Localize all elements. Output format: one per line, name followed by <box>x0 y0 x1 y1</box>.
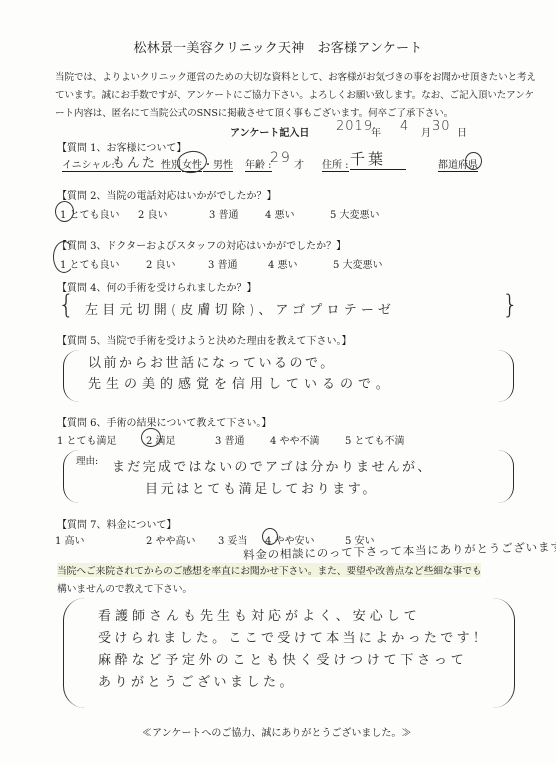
q5-heading: 【質問 5、当院で手術を受けようと決めた理由を教えて下さい。】 <box>57 332 352 347</box>
q4-heading: 【質問 4、何の手術を受けられましたか？】 <box>57 279 257 294</box>
q4-answer: 左目元切開(皮膚切除)、アゴプロテーゼ <box>85 299 395 318</box>
q6-reason-label: 理由: <box>76 453 98 467</box>
address-value: 千葉 <box>350 148 406 170</box>
q6-option-1: 1 とても満足 <box>57 432 117 447</box>
date-month: 4 <box>400 119 409 134</box>
q6-option-4: 4 やや不満 <box>270 432 320 447</box>
q3-heading: 【質問 3、ドクターおよびスタッフの対応はいかがでしたか？】 <box>57 237 346 252</box>
comments-answer-line-4: ありがとうございました。 <box>98 671 296 690</box>
q6-option-3: 3 普通 <box>215 432 245 447</box>
q6-reason-line-2: 目元はとても満足しております。 <box>145 478 378 497</box>
q2-option-4: 4 悪い <box>265 206 295 221</box>
date-year-unit: 年 <box>371 124 381 139</box>
q5-answer-line-2: 先生の美的感覚を信用しているので。 <box>88 373 394 392</box>
comments-prompt-line-1: 当院へご来院されてからのご感想を率直にお聞かせ下さい。また、要望や改善点など些細… <box>57 563 481 577</box>
survey-title: 松林景一美容クリニック天神 お客様アンケート <box>0 37 556 56</box>
q7-selected-circle <box>262 528 278 545</box>
initial-value: もんた <box>112 152 161 172</box>
gender-option-male: ・男性 <box>203 156 233 172</box>
q6-reason-line-1: まだ完成ではないのでアゴは分かりませんが、 <box>112 456 433 475</box>
q4-brace-close: } <box>502 290 519 320</box>
q6-selected-circle <box>141 428 161 447</box>
q7-option-1: 1 高い <box>55 532 85 547</box>
q3-option-3: 3 普通 <box>208 256 238 271</box>
q2-option-3: 3 普通 <box>209 206 239 221</box>
intro-line-2: ています。誠にお手数ですが、アンケートにご協力下さい。よろしくお願い致します。な… <box>55 87 534 101</box>
q2-heading: 【質問 2、当院の電話対応はいかがでしたか？】 <box>57 187 277 202</box>
q6-heading: 【質問 6、手術の結果について教えて下さい。】 <box>57 414 271 429</box>
footer-thanks: ≪アンケートへのご協力、誠にありがとうございました。≫ <box>142 724 411 739</box>
q2-selected-circle <box>55 201 74 222</box>
intro-line-1: 当院では、よりよいクリニック運営のための大切な資料として、お客様がお気づきの事を… <box>55 69 536 83</box>
prefecture-selected-circle <box>465 152 482 170</box>
comments-answer-line-2: 受けられました。ここで受けて本当によかったです！ <box>98 627 489 646</box>
comments-prompt-line-2: 構いませんので教えて下さい。 <box>57 581 192 595</box>
q7-heading: 【質問 7、料金について】 <box>57 516 176 531</box>
initial-label: イニシャル: <box>62 156 115 172</box>
q7-option-2: 2 やや高い <box>146 532 196 547</box>
date-year: 2019 <box>336 119 373 134</box>
q4-brace-open: { <box>58 290 75 320</box>
age-value: 29 <box>270 150 292 166</box>
comments-answer-line-3: 麻酔など予定外のことも快く受けつけて下さって <box>98 649 468 668</box>
q3-option-5: 5 大変悪い <box>333 256 383 271</box>
q3-selected-circle <box>53 241 75 273</box>
age-label: 年齢 : <box>245 156 272 172</box>
address-label: 住所 : <box>322 156 349 172</box>
intro-line-3: ート内容は、匿名にて当院公式のSNSに掲載させて頂く事もございます。何卒ご了承下… <box>55 105 453 119</box>
date-day: 30 <box>432 119 451 134</box>
age-unit: 才 <box>294 156 304 171</box>
q3-option-4: 4 悪い <box>268 256 298 271</box>
q7-option-3: 3 妥当 <box>218 532 248 547</box>
date-day-unit: 日 <box>457 124 467 139</box>
q6-option-5: 5 とても不満 <box>345 432 405 447</box>
q2-option-2: 2 良い <box>138 206 168 221</box>
q3-option-2: 2 良い <box>146 256 176 271</box>
date-label: アンケート記入日 <box>230 124 309 139</box>
prefecture-prefix: 都道府 <box>438 156 468 172</box>
q5-answer-line-1: 以前からお世話になっているので。 <box>88 352 336 371</box>
date-month-unit: 月 <box>421 124 431 139</box>
comments-answer-line-1: 看護師さんも先生も対応がよく、安心して <box>98 605 421 624</box>
q2-option-5: 5 大変悪い <box>330 206 380 221</box>
